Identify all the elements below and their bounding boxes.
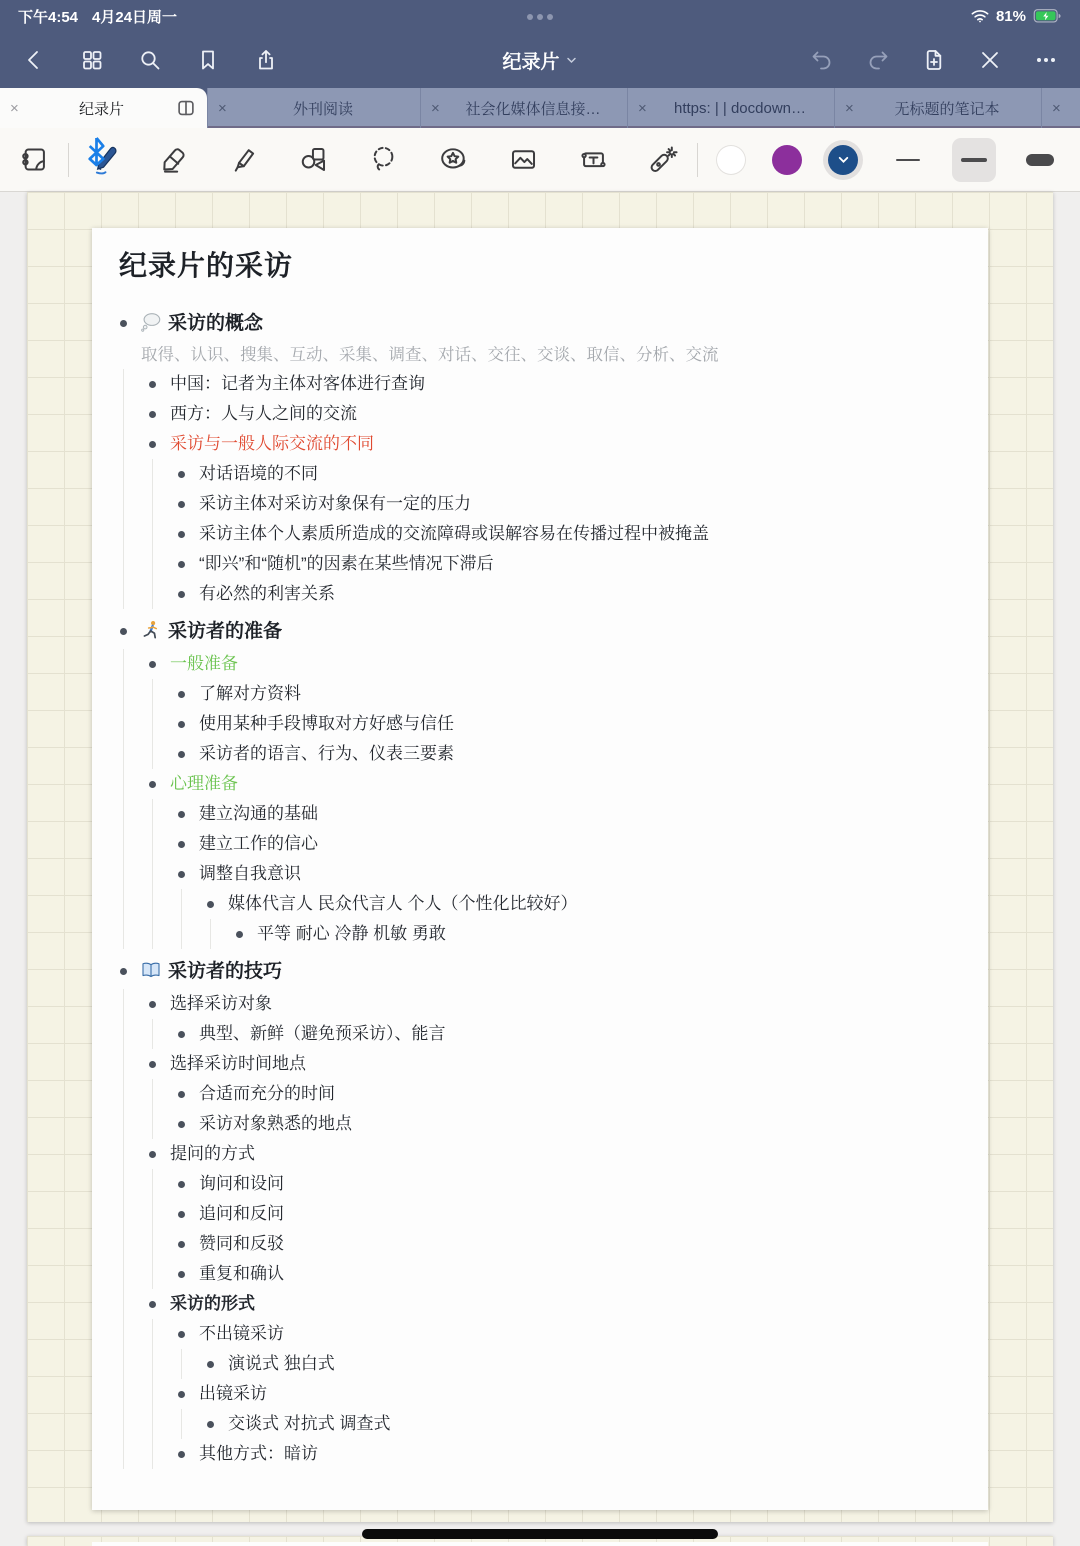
stroke-thin-button[interactable] xyxy=(886,138,930,182)
outline-children: 平等 耐心 冷静 机敏 勇敢 xyxy=(210,919,958,949)
nav-bar: 纪录片 xyxy=(0,32,1080,88)
text-icon xyxy=(578,144,609,175)
outline-text: 采访者的准备 xyxy=(141,614,958,649)
bullet-dot xyxy=(149,381,156,388)
outline-text: 询问和设问 xyxy=(199,1169,958,1199)
outline-text: 交谈式 对抗式 调查式 xyxy=(228,1409,958,1439)
tab-社会化媒体信息接…[interactable]: ×社会化媒体信息接… xyxy=(420,88,627,128)
share-icon xyxy=(254,48,278,72)
highlighter-icon xyxy=(228,144,259,175)
outline-text: 中国：记者为主体对客体进行查询 xyxy=(170,369,958,399)
outline-item: 心理准备 xyxy=(148,769,958,799)
shapes-tool-button[interactable] xyxy=(293,140,333,180)
outline-item: 中国：记者为主体对客体进行查询 xyxy=(148,369,958,399)
close-tab-icon[interactable]: × xyxy=(218,100,236,117)
bullet-dot xyxy=(178,841,185,848)
bullet-dot xyxy=(178,1451,185,1458)
outline-text: 采访的概念 xyxy=(141,306,958,341)
drawing-toolbar xyxy=(0,128,1080,192)
bullet-dot xyxy=(178,1241,185,1248)
undo-icon xyxy=(810,48,834,72)
outline-item: 采访者的准备 xyxy=(119,614,958,649)
undo-button[interactable] xyxy=(808,46,836,74)
top-chrome: 下午4:54 4月24日周一 81% 纪录片 xyxy=(0,0,1080,88)
outline-text: 心理准备 xyxy=(170,769,958,799)
bullet-dot xyxy=(178,1091,185,1098)
bullet-dot xyxy=(207,1361,214,1368)
tab-无标题的笔记本[interactable]: ×无标题的笔记本 xyxy=(834,88,1041,128)
color-blue-swatch[interactable] xyxy=(828,145,858,175)
bullet-dot xyxy=(178,751,185,758)
stroke-thick-button[interactable] xyxy=(1018,138,1062,182)
chevron-left-icon xyxy=(22,48,46,72)
outline-text: 媒体代言人 民众代言人 个人（个性化比较好） xyxy=(228,889,958,919)
tab-label: 社会化媒体信息接… xyxy=(449,98,617,119)
outline-item: 采访者的技巧 xyxy=(119,954,958,989)
bullet-dot xyxy=(120,320,127,327)
document-title: 纪录片的采访 xyxy=(119,246,958,286)
bullet-dot xyxy=(178,561,185,568)
outline-item: 其他方式：暗访 xyxy=(177,1439,958,1469)
outline-item: 媒体代言人 民众代言人 个人（个性化比较好） xyxy=(206,889,958,919)
outline-item: 调整自我意识 xyxy=(177,859,958,889)
grid-icon xyxy=(80,48,104,72)
bullet-dot xyxy=(149,1001,156,1008)
outline-text: 采访与一般人际交流的不同 xyxy=(170,429,958,459)
tab-label: https: | | docdown… xyxy=(656,100,824,117)
bluetooth-icon xyxy=(81,136,92,151)
outline-item: 对话语境的不同 xyxy=(177,459,958,489)
outline-item: 采访的概念 xyxy=(119,306,958,341)
outline-item: 使用某种手段博取对方好感与信任 xyxy=(177,709,958,739)
redo-icon xyxy=(866,48,890,72)
outline-children: 媒体代言人 民众代言人 个人（个性化比较好）平等 耐心 冷静 机敏 勇敢 xyxy=(181,889,958,949)
eraser-icon xyxy=(158,144,189,175)
outline-text: 建立工作的信心 xyxy=(199,829,958,859)
tab-无[interactable]: ×无 xyxy=(1041,88,1080,128)
lasso-tool-button[interactable] xyxy=(363,140,403,180)
outline-text: 其他方式：暗访 xyxy=(199,1439,958,1469)
outline-text: 合适而充分的时间 xyxy=(199,1079,958,1109)
image-icon xyxy=(508,144,539,175)
outline-text: 西方：人与人之间的交流 xyxy=(170,399,958,429)
outline-item: 采访主体对采访对象保有一定的压力 xyxy=(177,489,958,519)
tab-label: 无标题的笔记本 xyxy=(863,98,1031,119)
bullet-dot xyxy=(178,471,185,478)
notebook-title[interactable]: 纪录片 xyxy=(502,47,577,74)
document-page[interactable]: 纪录片的采访 采访的概念取得、认识、搜集、互动、采集、调查、对话、交往、交谈、取… xyxy=(92,228,988,1510)
bullet-dot xyxy=(207,1421,214,1428)
bullet-dot xyxy=(178,691,185,698)
outline-text: 建立沟通的基础 xyxy=(199,799,958,829)
chevron-down-icon xyxy=(566,54,578,66)
bullet-dot xyxy=(149,1151,156,1158)
battery-charging-icon xyxy=(1033,9,1062,23)
outline-text: 采访主体个人素质所造成的交流障碍或误解容易在传播过程中被掩盖 xyxy=(199,519,958,549)
ellipsis-icon xyxy=(1034,48,1058,72)
toolbar-divider xyxy=(68,143,69,177)
open-book-icon xyxy=(141,960,161,980)
toolbar-divider xyxy=(697,143,698,177)
status-bar: 下午4:54 4月24日周一 81% xyxy=(0,0,1080,32)
bullet-dot xyxy=(178,871,185,878)
laser-icon xyxy=(648,144,679,175)
notebook-title-label: 纪录片 xyxy=(502,47,559,74)
outline-text: 平等 耐心 冷静 机敏 勇敢 xyxy=(257,919,958,949)
outline-text: 不出镜采访 xyxy=(199,1319,958,1349)
battery-percent: 81% xyxy=(996,8,1026,25)
highlighter-tool-button[interactable] xyxy=(223,140,263,180)
bullet-dot xyxy=(178,721,185,728)
more-button[interactable] xyxy=(1032,46,1060,74)
outline-item: 交谈式 对抗式 调查式 xyxy=(206,1409,958,1439)
outline-text: 采访者的语言、行为、仪表三要素 xyxy=(199,739,958,769)
stroke-width-options xyxy=(886,138,1062,182)
outline-item: 演说式 独白式 xyxy=(206,1349,958,1379)
outline-children: 交谈式 对抗式 调查式 xyxy=(181,1409,958,1439)
bullet-dot xyxy=(236,931,243,938)
wifi-icon xyxy=(971,9,989,23)
outline-children: 不出镜采访演说式 独白式出镜采访交谈式 对抗式 调查式其他方式：暗访 xyxy=(152,1319,958,1469)
outline-children: 询问和设问追问和反问赞同和反驳重复和确认 xyxy=(152,1169,958,1289)
bullet-dot xyxy=(178,1031,185,1038)
outline-children: 对话语境的不同采访主体对采访对象保有一定的压力采访主体个人素质所造成的交流障碍或… xyxy=(152,459,958,609)
tab-https: | | docdown…[interactable]: ×https: | | docdown… xyxy=(627,88,834,128)
bullet-dot xyxy=(149,781,156,788)
tab-纪录片[interactable]: ×纪录片 xyxy=(0,88,207,128)
outline-item: 一般准备 xyxy=(148,649,958,679)
outline-item: 不出镜采访 xyxy=(177,1319,958,1349)
bullet-dot xyxy=(178,1331,185,1338)
outline-item: 合适而充分的时间 xyxy=(177,1079,958,1109)
multitask-dots-icon xyxy=(527,14,553,20)
bullet-dot xyxy=(149,661,156,668)
outline-children: 选择采访对象典型、新鲜（避免预采访）、能言选择采访时间地点合适而充分的时间采访对… xyxy=(123,989,958,1469)
outline-text: 采访者的技巧 xyxy=(141,954,958,989)
outline-text: 演说式 独白式 xyxy=(228,1349,958,1379)
outline-children: 一般准备了解对方资料使用某种手段博取对方好感与信任采访者的语言、行为、仪表三要素… xyxy=(123,649,958,949)
outline-text: 出镜采访 xyxy=(199,1379,958,1409)
bullet-dot xyxy=(178,591,185,598)
bullet-dot xyxy=(120,628,127,635)
shapes-icon xyxy=(298,144,329,175)
note-canvas: 纪录片的采访 采访的概念取得、认识、搜集、互动、采集、调查、对话、交往、交谈、取… xyxy=(0,192,1080,1546)
clock-date: 4月24日周一 xyxy=(92,6,177,27)
pen-cross-icon xyxy=(978,48,1002,72)
bullet-dot xyxy=(149,1061,156,1068)
outline-item: 追问和反问 xyxy=(177,1199,958,1229)
tab-label: 外刊阅读 xyxy=(236,98,410,119)
bullet-dot xyxy=(178,501,185,508)
outline-item: 询问和设问 xyxy=(177,1169,958,1199)
runner-icon xyxy=(141,620,161,640)
bookmark-icon xyxy=(196,48,220,72)
text-tool-button[interactable] xyxy=(573,140,613,180)
pen-tool-button[interactable] xyxy=(83,140,123,180)
bullet-dot xyxy=(207,901,214,908)
outline-children: 中国：记者为主体对客体进行查询西方：人与人之间的交流采访与一般人际交流的不同对话… xyxy=(123,369,958,609)
page-curl-icon xyxy=(19,144,50,175)
outline-item: 采访主体个人素质所造成的交流障碍或误解容易在传播过程中被掩盖 xyxy=(177,519,958,549)
outline-text: 重复和确认 xyxy=(199,1259,958,1289)
close-tab-icon[interactable]: × xyxy=(431,100,449,117)
tab-label: 纪录片 xyxy=(28,98,175,119)
outline-text: 选择采访对象 xyxy=(170,989,958,1019)
next-document-page xyxy=(92,1542,988,1546)
outline-text: 采访对象熟悉的地点 xyxy=(199,1109,958,1139)
outline-text: 提问的方式 xyxy=(170,1139,958,1169)
outline-text: “即兴”和“随机”的因素在某些情况下滞后 xyxy=(199,549,958,579)
outline-text: 采访的形式 xyxy=(170,1289,958,1319)
outline-text: 对话语境的不同 xyxy=(199,459,958,489)
bullet-dot xyxy=(178,1271,185,1278)
outline-text: 典型、新鲜（避免预采访）、能言 xyxy=(199,1019,958,1049)
close-tab-icon[interactable]: × xyxy=(10,100,28,117)
add-page-icon xyxy=(922,48,946,72)
bookmark-button[interactable] xyxy=(194,46,222,74)
outline-item: 出镜采访 xyxy=(177,1379,958,1409)
outline-text: 采访主体对采访对象保有一定的压力 xyxy=(199,489,958,519)
outline-text: 一般准备 xyxy=(170,649,958,679)
outline-text: 选择采访时间地点 xyxy=(170,1049,958,1079)
outline-item: 采访者的语言、行为、仪表三要素 xyxy=(177,739,958,769)
outline-children: 合适而充分的时间采访对象熟悉的地点 xyxy=(152,1079,958,1139)
share-button[interactable] xyxy=(252,46,280,74)
readonly-toggle-button[interactable] xyxy=(976,46,1004,74)
bullet-dot xyxy=(178,1121,185,1128)
page-scroll-mode-button[interactable] xyxy=(14,140,54,180)
split-view-icon[interactable] xyxy=(175,97,197,119)
close-tab-icon[interactable]: × xyxy=(638,100,656,117)
bullet-dot xyxy=(178,1391,185,1398)
outline-item: 选择采访对象 xyxy=(148,989,958,1019)
back-button[interactable] xyxy=(20,46,48,74)
color-purple-swatch[interactable] xyxy=(772,145,802,175)
outline-text: 调整自我意识 xyxy=(199,859,958,889)
outline-text: 赞同和反驳 xyxy=(199,1229,958,1259)
bullet-dot xyxy=(120,968,127,975)
close-tab-icon[interactable]: × xyxy=(845,100,863,117)
bullet-dot xyxy=(178,811,185,818)
outline-item: 采访的形式 xyxy=(148,1289,958,1319)
search-icon xyxy=(138,48,162,72)
outline-item: 重复和确认 xyxy=(177,1259,958,1289)
home-indicator[interactable] xyxy=(362,1529,718,1539)
outline-item: 西方：人与人之间的交流 xyxy=(148,399,958,429)
outline-children: 典型、新鲜（避免预采访）、能言 xyxy=(152,1019,958,1049)
outline-item: 了解对方资料 xyxy=(177,679,958,709)
outline-item: 典型、新鲜（避免预采访）、能言 xyxy=(177,1019,958,1049)
eraser-tool-button[interactable] xyxy=(153,140,193,180)
tab-bar: ×纪录片×外刊阅读×社会化媒体信息接…×https: | | docdown…×… xyxy=(0,88,1080,128)
search-button[interactable] xyxy=(136,46,164,74)
color-white-swatch[interactable] xyxy=(716,145,746,175)
color-swatches xyxy=(716,145,858,175)
outline-item: 赞同和反驳 xyxy=(177,1229,958,1259)
outline-item: 平等 耐心 冷静 机敏 勇敢 xyxy=(235,919,958,949)
lasso-icon xyxy=(368,144,399,175)
bullet-dot xyxy=(149,1301,156,1308)
thumbnails-button[interactable] xyxy=(78,46,106,74)
laser-tool-button[interactable] xyxy=(643,140,683,180)
outline-caption: 取得、认识、搜集、互动、采集、调查、对话、交往、交谈、取信、分析、交流 xyxy=(141,341,958,369)
redo-button[interactable] xyxy=(864,46,892,74)
outline-text: 有必然的利害关系 xyxy=(199,579,958,609)
outline-text: 使用某种手段博取对方好感与信任 xyxy=(199,709,958,739)
outline-item: 采访对象熟悉的地点 xyxy=(177,1109,958,1139)
thought-balloon-icon xyxy=(141,312,161,332)
stroke-medium-button[interactable] xyxy=(952,138,996,182)
outline-item: 建立工作的信心 xyxy=(177,829,958,859)
outline-item: 采访与一般人际交流的不同 xyxy=(148,429,958,459)
outline-item: 建立沟通的基础 xyxy=(177,799,958,829)
bullet-dot xyxy=(178,1181,185,1188)
bullet-dot xyxy=(149,441,156,448)
chevron-down-icon xyxy=(828,145,858,175)
clock-time: 下午4:54 xyxy=(18,6,78,27)
outline-text: 追问和反问 xyxy=(199,1199,958,1229)
outline-item: “即兴”和“随机”的因素在某些情况下滞后 xyxy=(177,549,958,579)
sticker-tool-button[interactable] xyxy=(433,140,473,180)
outline-list: 采访的概念取得、认识、搜集、互动、采集、调查、对话、交往、交谈、取信、分析、交流… xyxy=(119,306,958,1469)
outline-text: 了解对方资料 xyxy=(199,679,958,709)
bullet-dot xyxy=(178,531,185,538)
add-page-button[interactable] xyxy=(920,46,948,74)
outline-item: 选择采访时间地点 xyxy=(148,1049,958,1079)
outline-item: 提问的方式 xyxy=(148,1139,958,1169)
outline-item: 有必然的利害关系 xyxy=(177,579,958,609)
bullet-dot xyxy=(149,411,156,418)
image-tool-button[interactable] xyxy=(503,140,543,180)
outline-children: 建立沟通的基础建立工作的信心调整自我意识媒体代言人 民众代言人 个人（个性化比较… xyxy=(152,799,958,949)
close-tab-icon[interactable]: × xyxy=(1052,100,1070,117)
outline-children: 演说式 独白式 xyxy=(181,1349,958,1379)
tab-外刊阅读[interactable]: ×外刊阅读 xyxy=(207,88,420,128)
sticker-icon xyxy=(438,144,469,175)
bullet-dot xyxy=(178,1211,185,1218)
grid-paper-sheet: 纪录片的采访 采访的概念取得、认识、搜集、互动、采集、调查、对话、交往、交谈、取… xyxy=(27,192,1053,1522)
outline-children: 了解对方资料使用某种手段博取对方好感与信任采访者的语言、行为、仪表三要素 xyxy=(152,679,958,769)
